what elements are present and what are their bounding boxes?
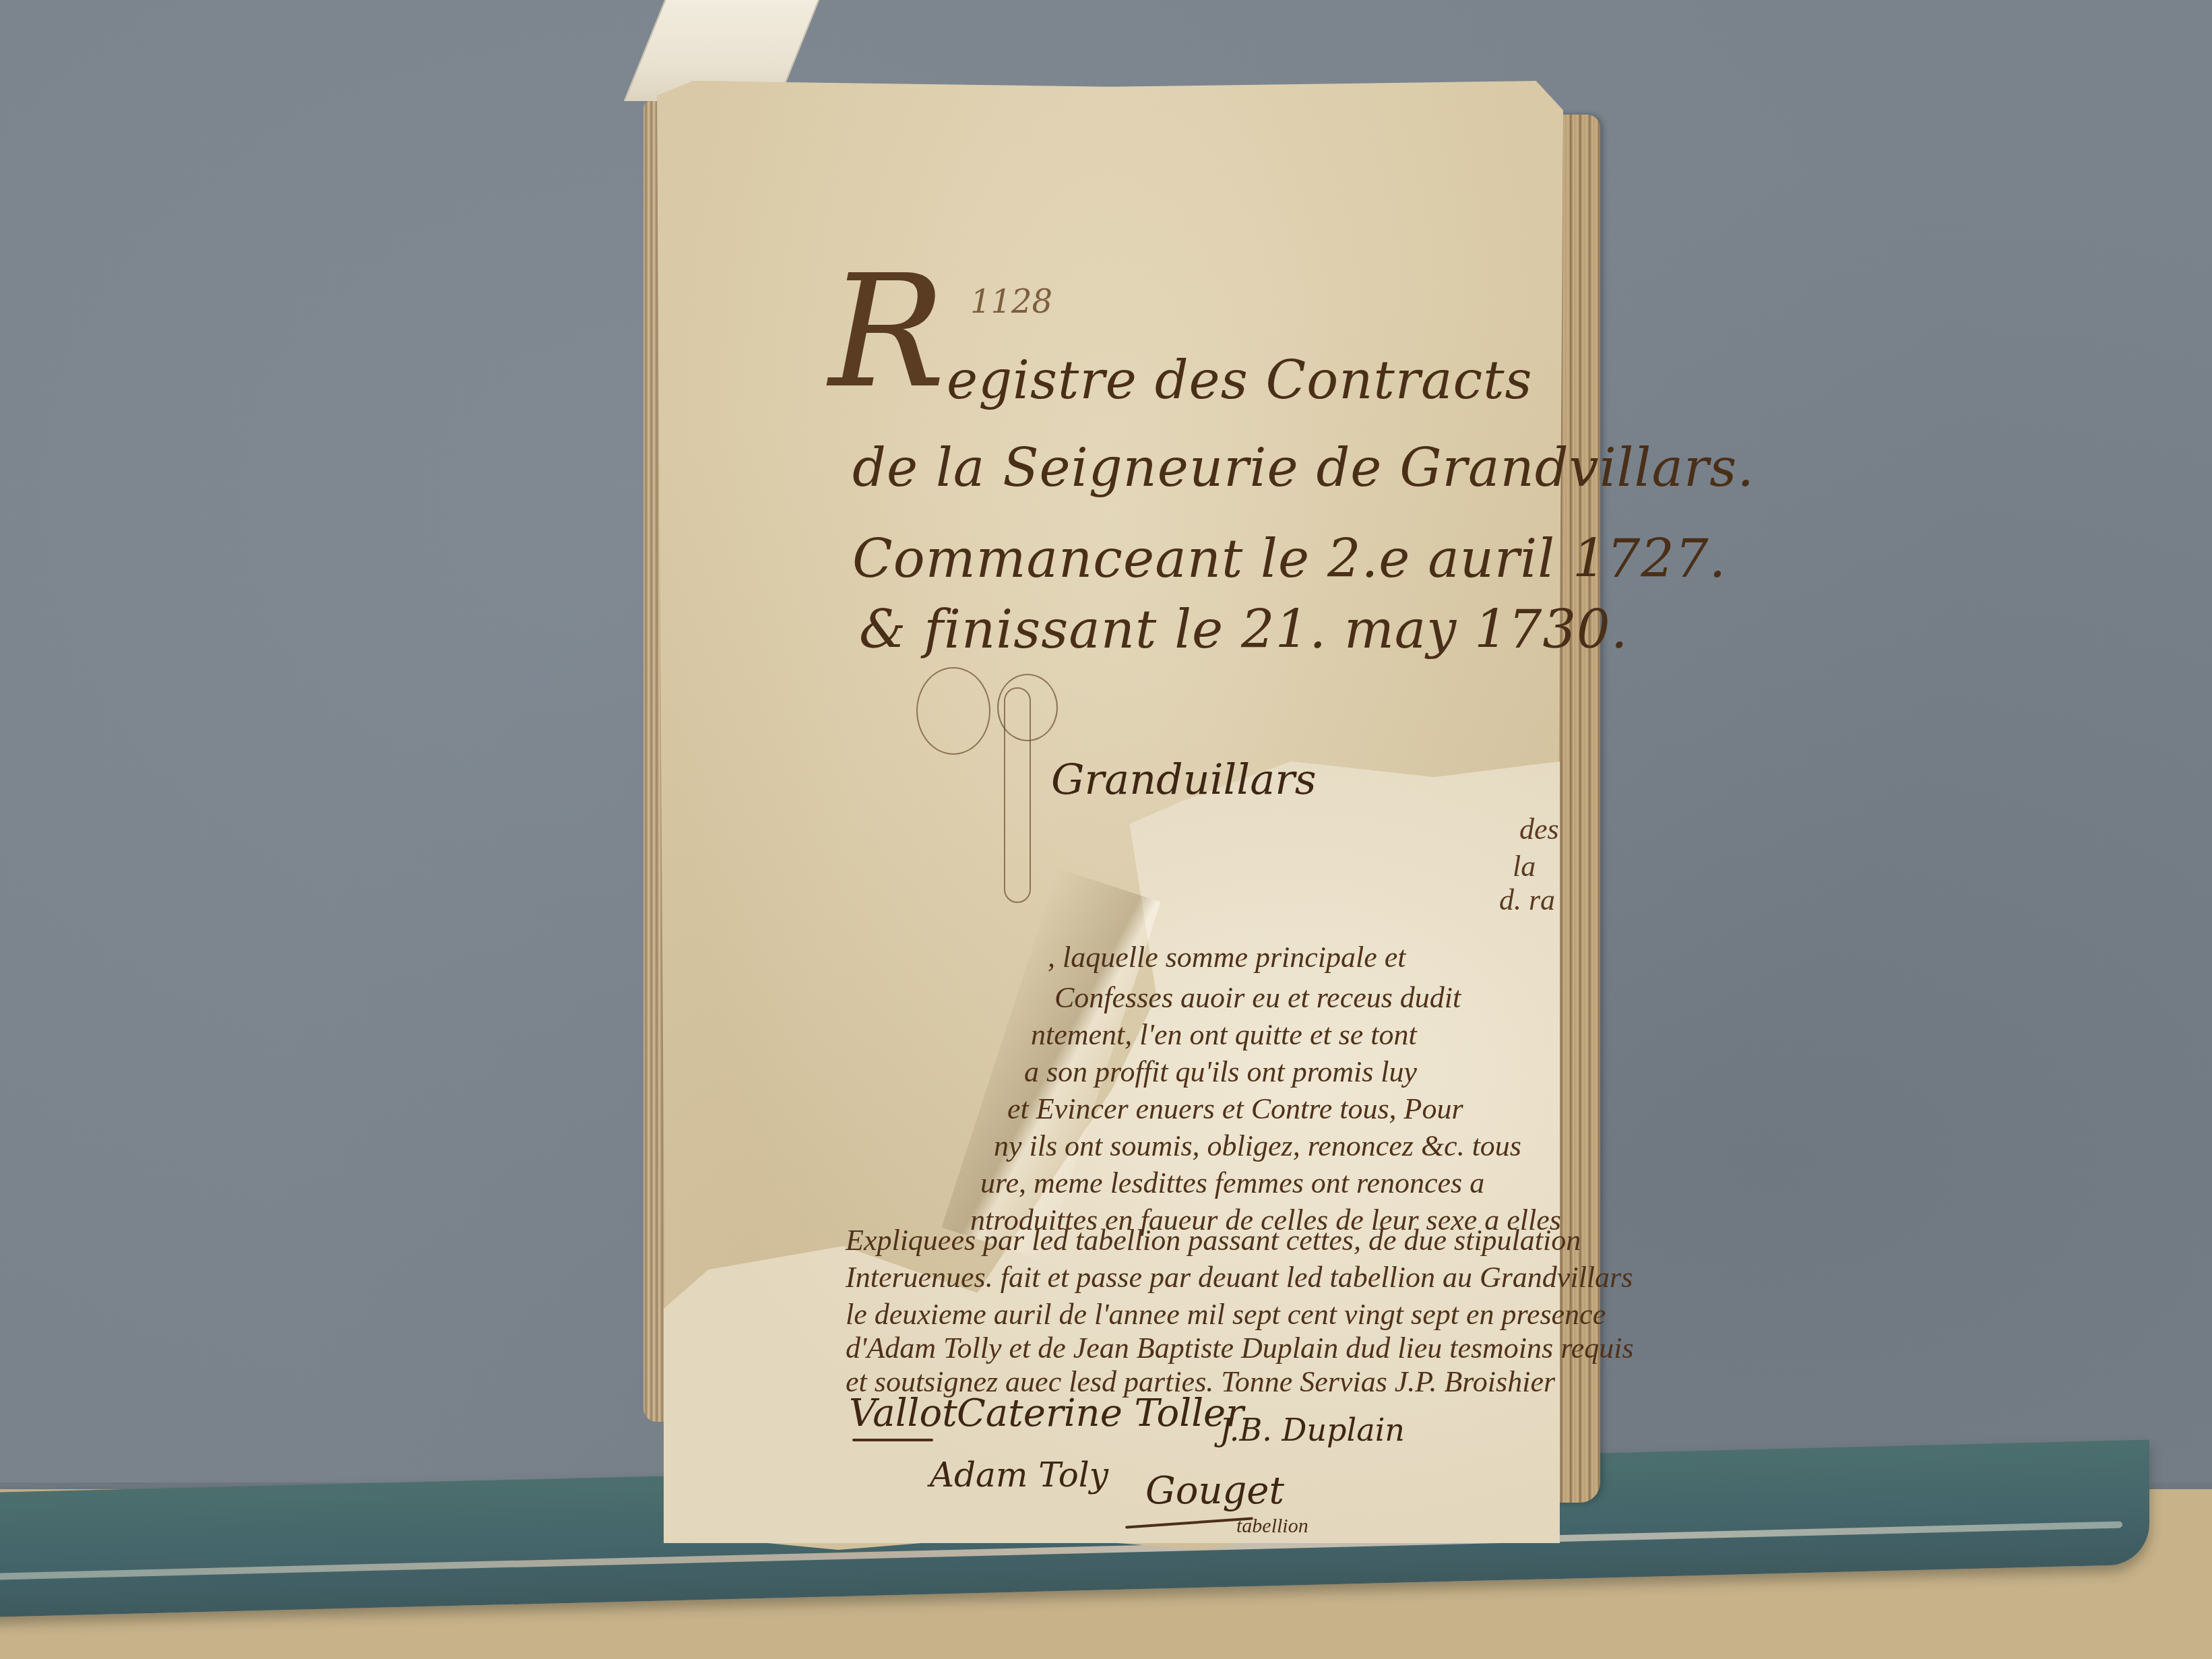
- title-initial: R: [829, 243, 945, 422]
- body-line-4: a son proffit qu'ils ont promis luy: [1024, 1055, 1417, 1089]
- title-line-1: egistre des Contracts: [947, 350, 1533, 411]
- body-line-3: ntement, l'en ont quitte et se tont: [1031, 1018, 1417, 1052]
- signature-underline: [852, 1439, 933, 1441]
- body-line-1: , laquelle somme principale et: [1048, 940, 1406, 974]
- signature-caterine-toller: Caterine Toller: [957, 1391, 1244, 1435]
- title-line-2: de la Seigneurie de Grandvillars.: [852, 438, 1755, 499]
- place-name-heading: Granduillars: [1051, 755, 1317, 804]
- signature-gouget: Gouget: [1145, 1469, 1284, 1513]
- body-line-9: Expliquees par led tabellion passant cet…: [846, 1223, 1581, 1257]
- margin-fragment-2: la: [1513, 849, 1536, 883]
- body-line-5: et Evincer enuers et Contre tous, Pour: [1007, 1092, 1463, 1126]
- body-line-6: ny ils ont soumis, obligez, renoncez &c.…: [994, 1129, 1521, 1163]
- signature-vallot: Vallot: [849, 1391, 957, 1435]
- flourish-stroke: [1004, 687, 1031, 903]
- body-line-7: ure, meme lesdittes femmes ont renonces …: [980, 1166, 1484, 1200]
- signature-tabellion-label: tabellion: [1236, 1515, 1308, 1538]
- signature-jb-duplain: J.B. Duplain: [1220, 1412, 1405, 1448]
- title-line-4: & finissant le 21. may 1730.: [859, 600, 1629, 660]
- signature-adam-toly: Adam Toly: [930, 1455, 1108, 1495]
- margin-fragment-1: des: [1519, 812, 1559, 846]
- reference-number: 1128: [970, 283, 1052, 321]
- body-line-10: Interuenues. fait et passe par deuant le…: [846, 1260, 1633, 1294]
- title-line-3: Commanceant le 2.e auril 1727.: [852, 529, 1726, 590]
- flourish-ornament-1: [916, 667, 990, 755]
- body-line-12: d'Adam Tolly et de Jean Baptiste Duplain…: [846, 1331, 1634, 1365]
- body-line-11: le deuxieme auril de l'annee mil sept ce…: [846, 1297, 1606, 1332]
- body-line-2: Confesses auoir eu et receus dudit: [1054, 980, 1461, 1015]
- margin-fragment-3: d. ra: [1499, 883, 1555, 917]
